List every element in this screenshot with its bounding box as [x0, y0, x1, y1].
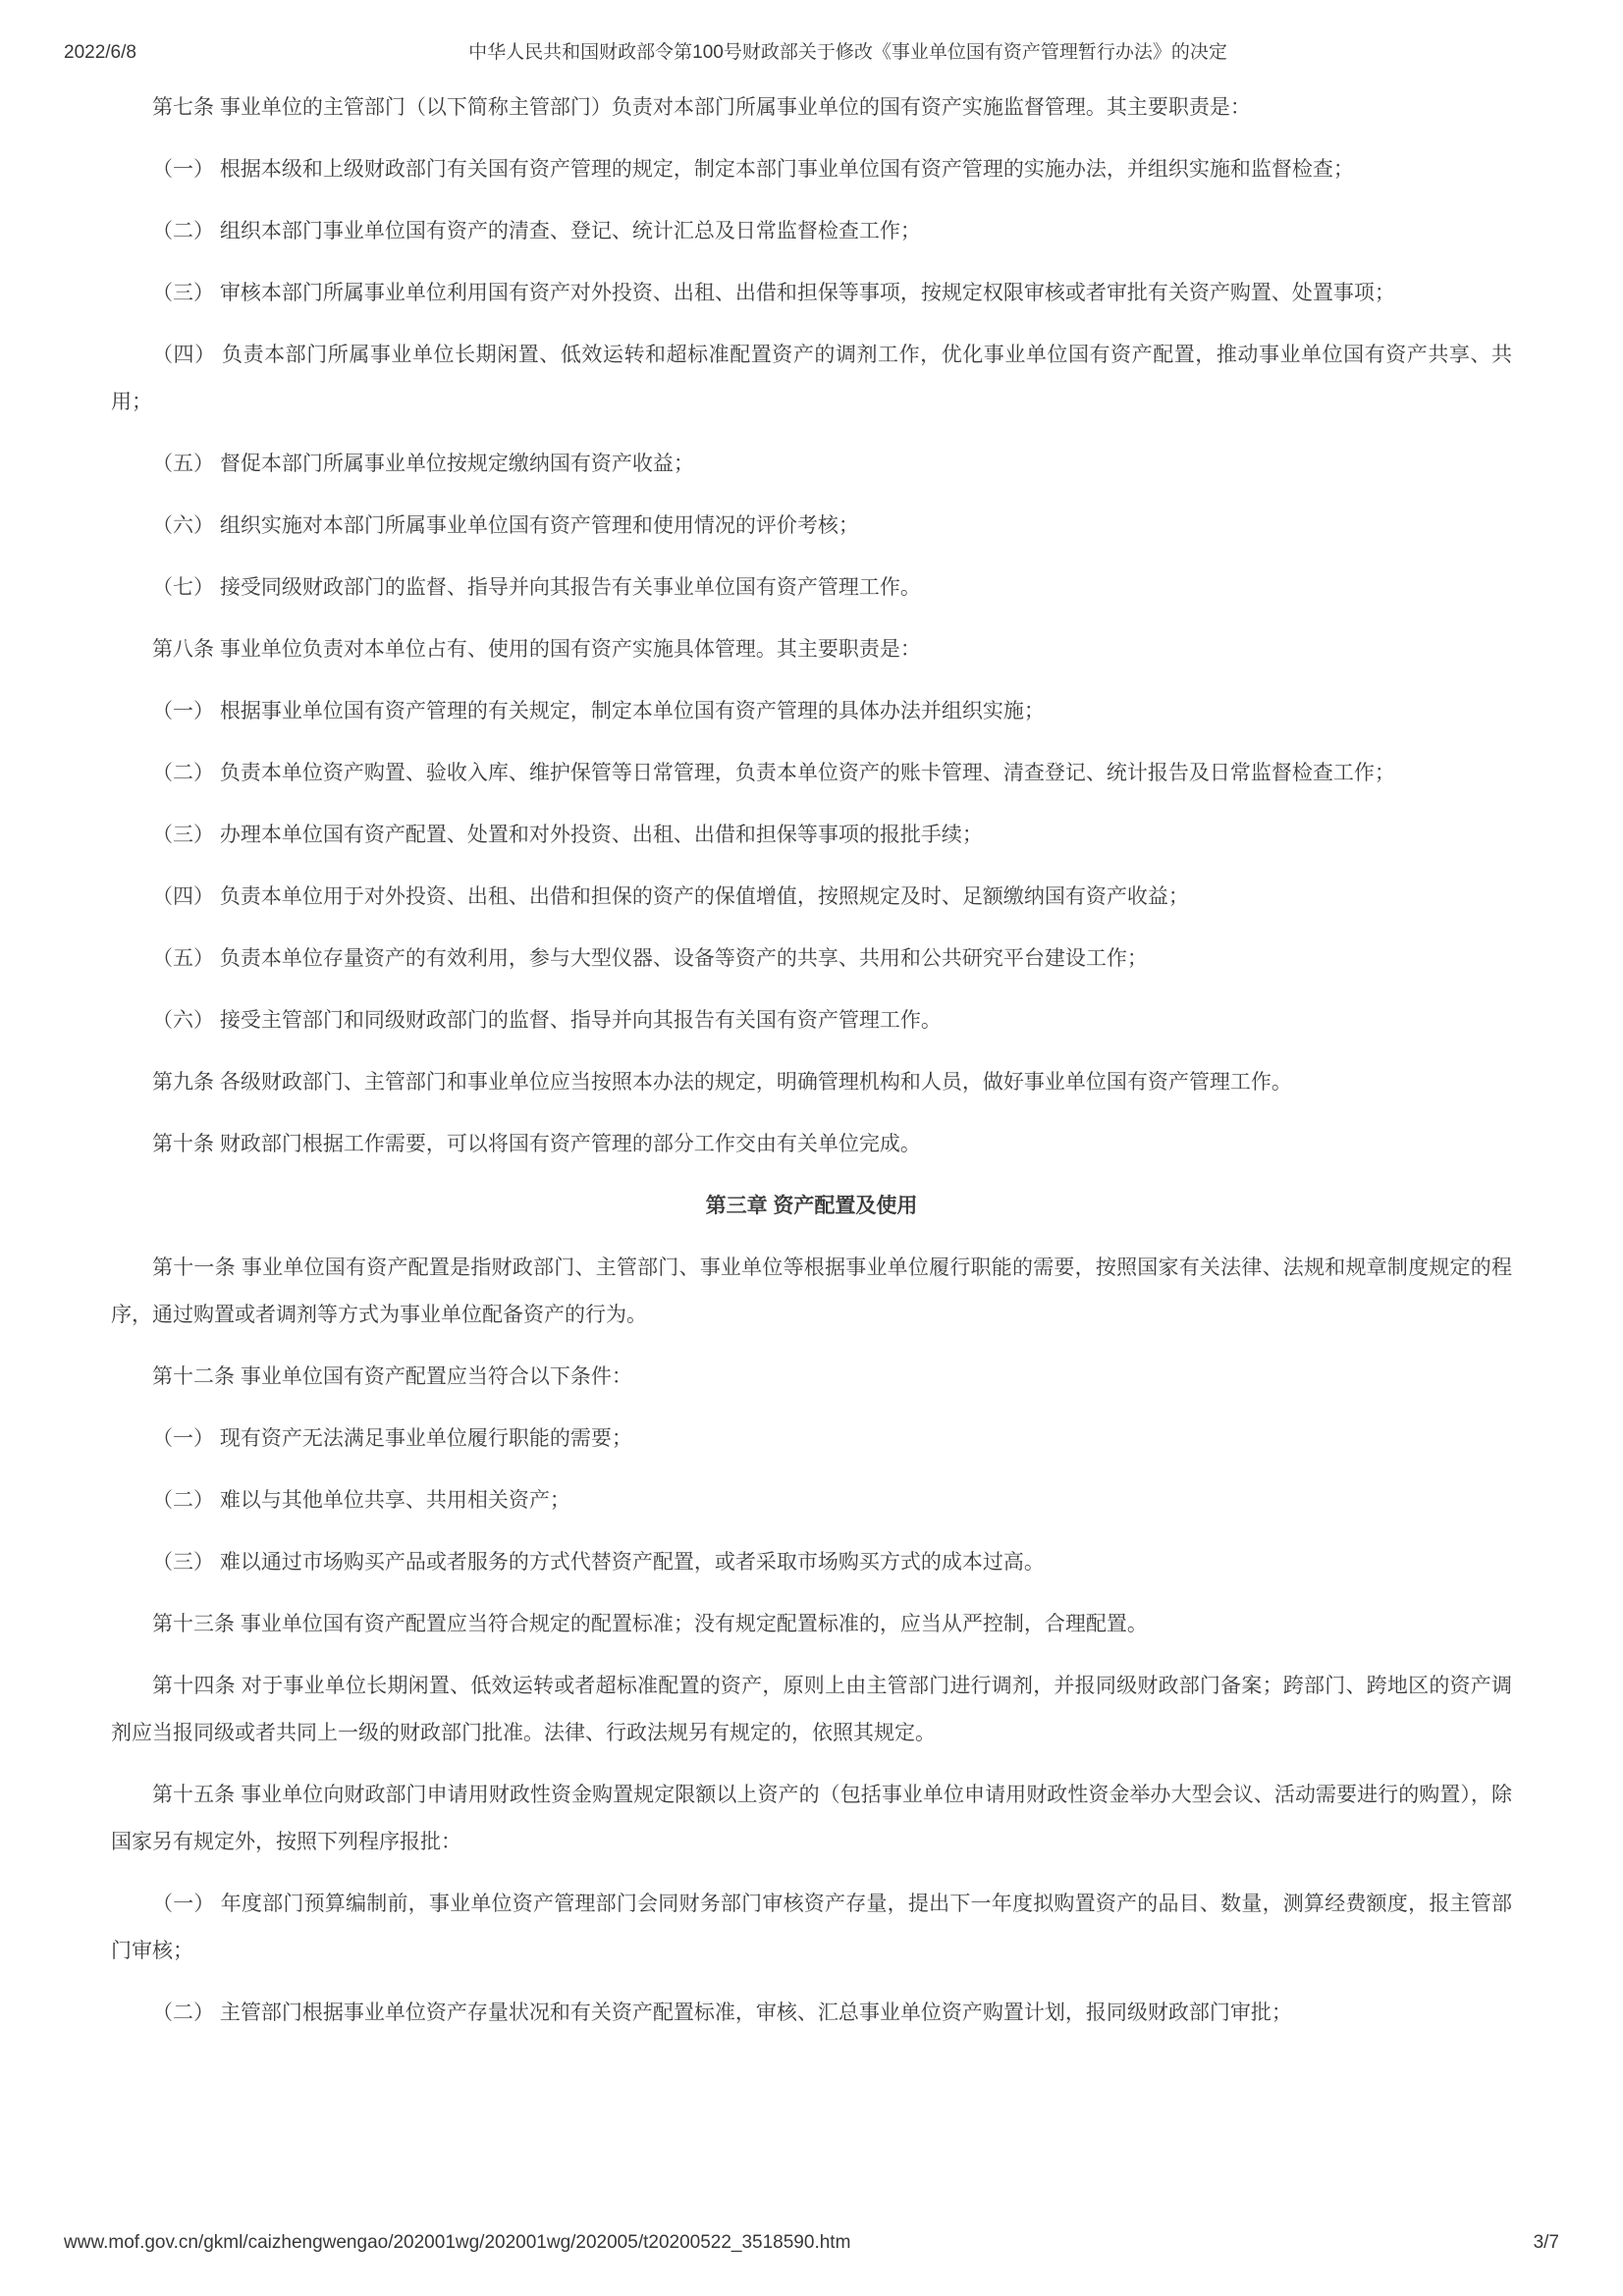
document-body: 第七条 事业单位的主管部门（以下简称主管部门）负责对本部门所属事业单位的国有资产… [111, 84, 1512, 2052]
paragraph: 第十条 财政部门根据工作需要，可以将国有资产管理的部分工作交由有关单位完成。 [111, 1121, 1512, 1168]
paragraph: 第八条 事业单位负责对本单位占有、使用的国有资产实施具体管理。其主要职责是： [111, 626, 1512, 673]
paragraph: （二） 负责本单位资产购置、验收入库、维护保管等日常管理，负责本单位资产的账卡管… [111, 750, 1512, 797]
paragraph: 第十一条 事业单位国有资产配置是指财政部门、主管部门、事业单位等根据事业单位履行… [111, 1245, 1512, 1339]
paragraph: （一） 年度部门预算编制前，事业单位资产管理部门会同财务部门审核资产存量，提出下… [111, 1881, 1512, 1975]
paragraph: （五） 督促本部门所属事业单位按规定缴纳国有资产收益； [111, 441, 1512, 488]
page-header: 2022/6/8 中华人民共和国财政部令第100号财政部关于修改《事业单位国有资… [64, 41, 1559, 65]
paragraph: （七） 接受同级财政部门的监督、指导并向其报告有关事业单位国有资产管理工作。 [111, 564, 1512, 612]
page-number: 3/7 [1534, 2231, 1559, 2255]
header-date: 2022/6/8 [64, 41, 136, 65]
paragraph: （五） 负责本单位存量资产的有效利用，参与大型仪器、设备等资产的共享、共用和公共… [111, 935, 1512, 983]
paragraph: 第十四条 对于事业单位长期闲置、低效运转或者超标准配置的资产，原则上由主管部门进… [111, 1663, 1512, 1757]
printed-document-page: 2022/6/8 中华人民共和国财政部令第100号财政部关于修改《事业单位国有资… [0, 0, 1623, 2296]
page-footer: www.mof.gov.cn/gkml/caizhengwengao/20200… [64, 2231, 1559, 2255]
paragraph: （三） 难以通过市场购买产品或者服务的方式代替资产配置，或者采取市场购买方式的成… [111, 1539, 1512, 1586]
chapter-heading: 第三章 资产配置及使用 [111, 1183, 1512, 1230]
paragraph: （一） 根据事业单位国有资产管理的有关规定，制定本单位国有资产管理的具体办法并组… [111, 688, 1512, 735]
paragraph: （六） 组织实施对本部门所属事业单位国有资产管理和使用情况的评价考核； [111, 503, 1512, 550]
footer-source-url: www.mof.gov.cn/gkml/caizhengwengao/20200… [64, 2231, 850, 2255]
paragraph: （三） 办理本单位国有资产配置、处置和对外投资、出租、出借和担保等事项的报批手续… [111, 812, 1512, 859]
paragraph: （二） 组织本部门事业单位国有资产的清查、登记、统计汇总及日常监督检查工作； [111, 208, 1512, 255]
paragraph: （四） 负责本单位用于对外投资、出租、出借和担保的资产的保值增值，按照规定及时、… [111, 874, 1512, 921]
paragraph: （二） 主管部门根据事业单位资产存量状况和有关资产配置标准，审核、汇总事业单位资… [111, 1990, 1512, 2037]
paragraph: （六） 接受主管部门和同级财政部门的监督、指导并向其报告有关国有资产管理工作。 [111, 997, 1512, 1044]
page-title: 中华人民共和国财政部令第100号财政部关于修改《事业单位国有资产管理暂行办法》的… [136, 41, 1559, 65]
paragraph: （一） 现有资产无法满足事业单位履行职能的需要； [111, 1415, 1512, 1463]
paragraph: （二） 难以与其他单位共享、共用相关资产； [111, 1477, 1512, 1524]
paragraph: （一） 根据本级和上级财政部门有关国有资产管理的规定，制定本部门事业单位国有资产… [111, 146, 1512, 193]
paragraph: （三） 审核本部门所属事业单位利用国有资产对外投资、出租、出借和担保等事项，按规… [111, 270, 1512, 317]
paragraph: 第七条 事业单位的主管部门（以下简称主管部门）负责对本部门所属事业单位的国有资产… [111, 84, 1512, 132]
paragraph: （四） 负责本部门所属事业单位长期闲置、低效运转和超标准配置资产的调剂工作，优化… [111, 332, 1512, 426]
paragraph: 第九条 各级财政部门、主管部门和事业单位应当按照本办法的规定，明确管理机构和人员… [111, 1059, 1512, 1106]
paragraph: 第十二条 事业单位国有资产配置应当符合以下条件： [111, 1354, 1512, 1401]
paragraph: 第十三条 事业单位国有资产配置应当符合规定的配置标准；没有规定配置标准的，应当从… [111, 1601, 1512, 1648]
paragraph: 第十五条 事业单位向财政部门申请用财政性资金购置规定限额以上资产的（包括事业单位… [111, 1772, 1512, 1866]
